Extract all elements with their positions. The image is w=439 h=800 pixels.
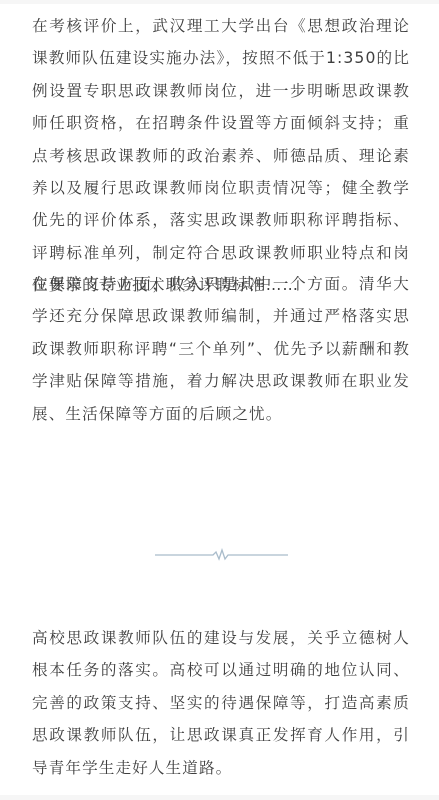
- heartbeat-line-divider-icon: [155, 548, 288, 562]
- bottom-border: [0, 795, 439, 800]
- paragraph-conclusion: 高校思政课教师队伍的建设与发展，关乎立德树人根本任务的落实。高校可以通过明确的地…: [32, 622, 410, 784]
- paragraph-assessment: 在考核评价上，武汉理工大学出台《思想政治理论课教师队伍建设实施办法》，按照不低于…: [32, 10, 410, 302]
- article-body: 在考核评价上，武汉理工大学出台《思想政治理论课教师队伍建设实施办法》，按照不低于…: [0, 0, 439, 800]
- paragraph-support: 在保障支持方面，收入只是其中一个方面。清华大学还充分保障思政课教师编制，并通过严…: [32, 268, 410, 430]
